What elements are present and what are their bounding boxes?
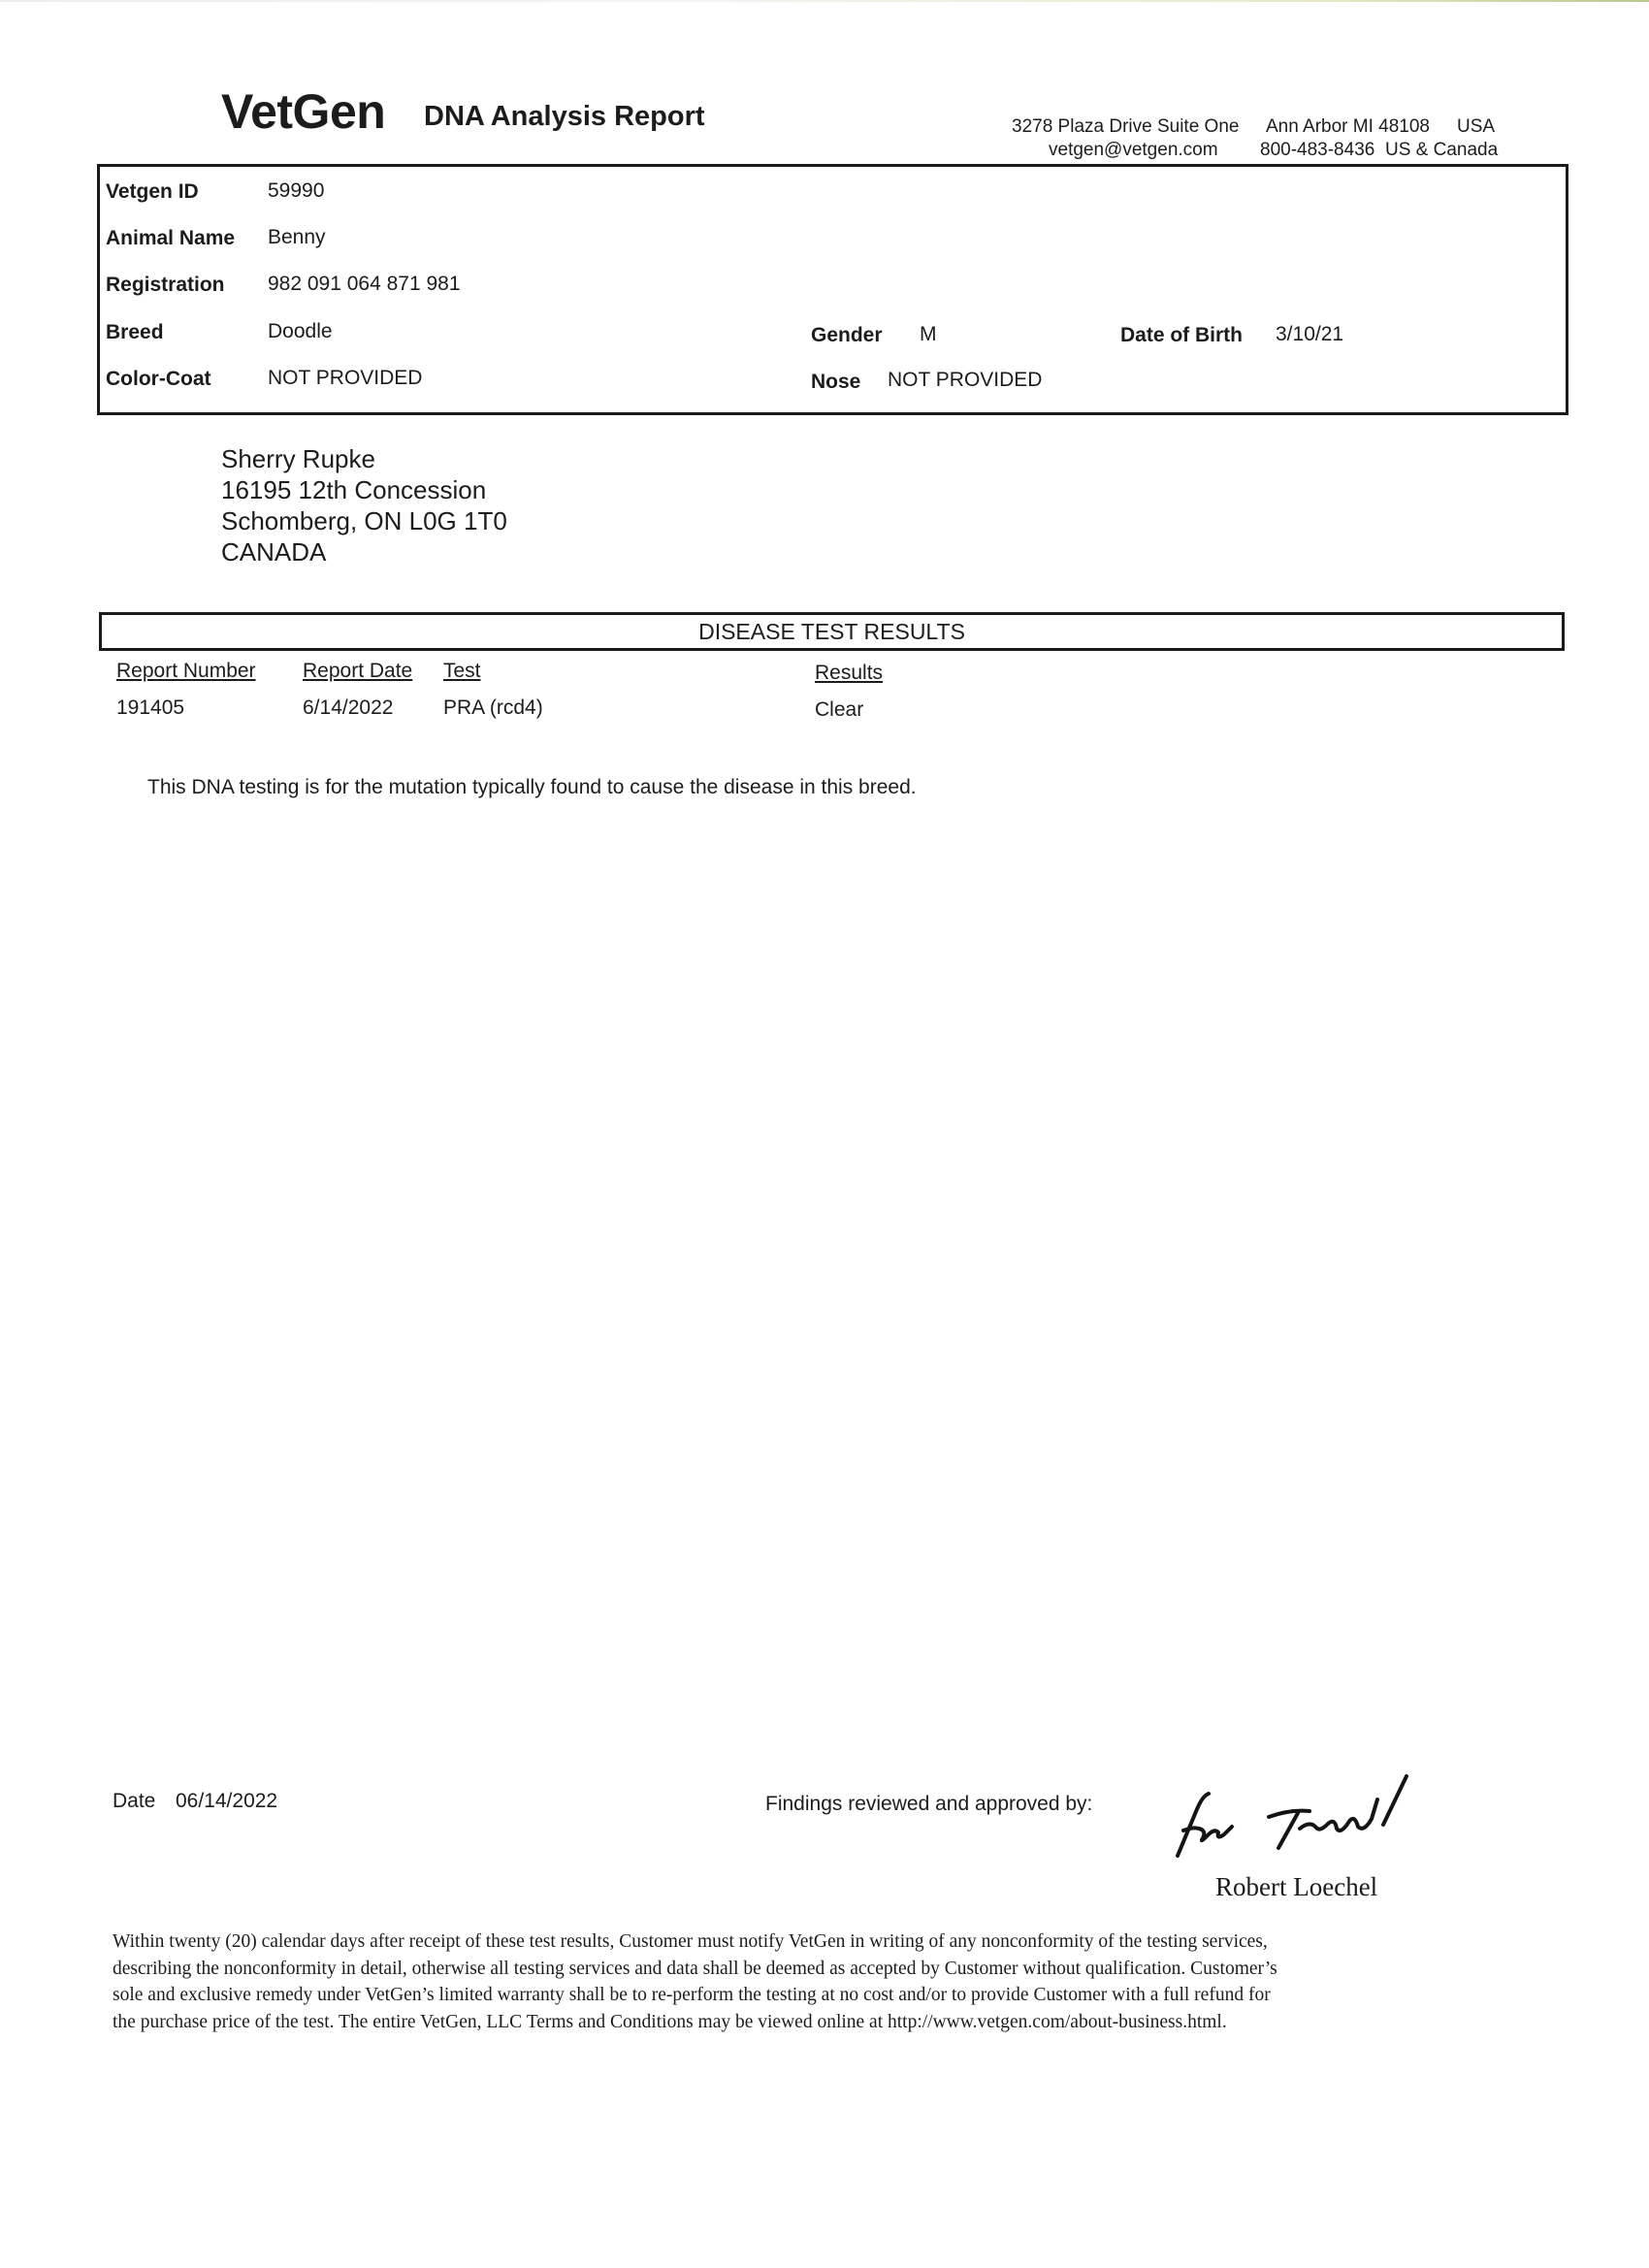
animal-name-label: Animal Name <box>106 227 235 250</box>
recipient-name: Sherry Rupke <box>221 444 375 474</box>
legal-line: Within twenty (20) calendar days after r… <box>113 1928 1403 1956</box>
contact-phone-region: US & Canada <box>1385 140 1498 161</box>
registration-label: Registration <box>106 274 225 297</box>
address-city: Ann Arbor MI 48108 <box>1266 116 1430 138</box>
date-label: Date <box>113 1790 155 1813</box>
legal-line: sole and exclusive remedy under VetGen’s… <box>113 1982 1403 2009</box>
legal-line: describing the nonconformity in detail, … <box>113 1956 1403 1983</box>
legal-disclaimer: Within twenty (20) calendar days after r… <box>113 1928 1403 2035</box>
registration-value: 982 091 064 871 981 <box>268 273 461 296</box>
legal-line: the purchase price of the test. The enti… <box>113 2009 1403 2036</box>
color-coat-value: NOT PROVIDED <box>268 367 422 390</box>
address-country: USA <box>1457 116 1495 138</box>
dob-label: Date of Birth <box>1120 324 1243 347</box>
breed-label: Breed <box>106 321 164 344</box>
report-date-cell: 6/14/2022 <box>303 697 393 720</box>
nose-label: Nose <box>811 371 860 394</box>
breed-value: Doodle <box>268 320 333 343</box>
contact-phone: 800-483-8436 <box>1260 140 1374 161</box>
signature-image <box>1164 1770 1455 1863</box>
approval-label: Findings reviewed and approved by: <box>765 1793 1092 1816</box>
testing-note: This DNA testing is for the mutation typ… <box>147 776 917 799</box>
dob-value: 3/10/21 <box>1276 323 1343 346</box>
vetgen-logo: VetGen <box>221 83 385 140</box>
color-coat-label: Color-Coat <box>106 368 211 391</box>
test-cell: PRA (rcd4) <box>443 697 543 720</box>
recipient-city: Schomberg, ON L0G 1T0 <box>221 506 507 536</box>
scan-edge <box>0 0 1649 2</box>
gender-label: Gender <box>811 324 883 347</box>
disease-results-header: DISEASE TEST RESULTS <box>99 612 1565 651</box>
col-report-date: Report Date <box>303 660 412 683</box>
animal-name-value: Benny <box>268 226 326 249</box>
contact-email: vetgen@vetgen.com <box>1049 140 1218 161</box>
report-number-cell: 191405 <box>116 697 184 720</box>
col-test: Test <box>443 660 481 683</box>
recipient-street: 16195 12th Concession <box>221 475 486 505</box>
nose-value: NOT PROVIDED <box>888 369 1042 392</box>
address-street: 3278 Plaza Drive Suite One <box>1012 116 1239 138</box>
gender-value: M <box>920 323 937 346</box>
recipient-country: CANADA <box>221 537 326 567</box>
date-value: 06/14/2022 <box>176 1790 277 1813</box>
vetgen-id-value: 59990 <box>268 179 324 203</box>
col-results: Results <box>815 662 883 685</box>
col-report-number: Report Number <box>116 660 256 683</box>
result-cell: Clear <box>815 698 863 722</box>
report-title: DNA Analysis Report <box>424 101 705 133</box>
signer-name: Robert Loechel <box>1215 1872 1377 1902</box>
vetgen-id-label: Vetgen ID <box>106 180 199 204</box>
